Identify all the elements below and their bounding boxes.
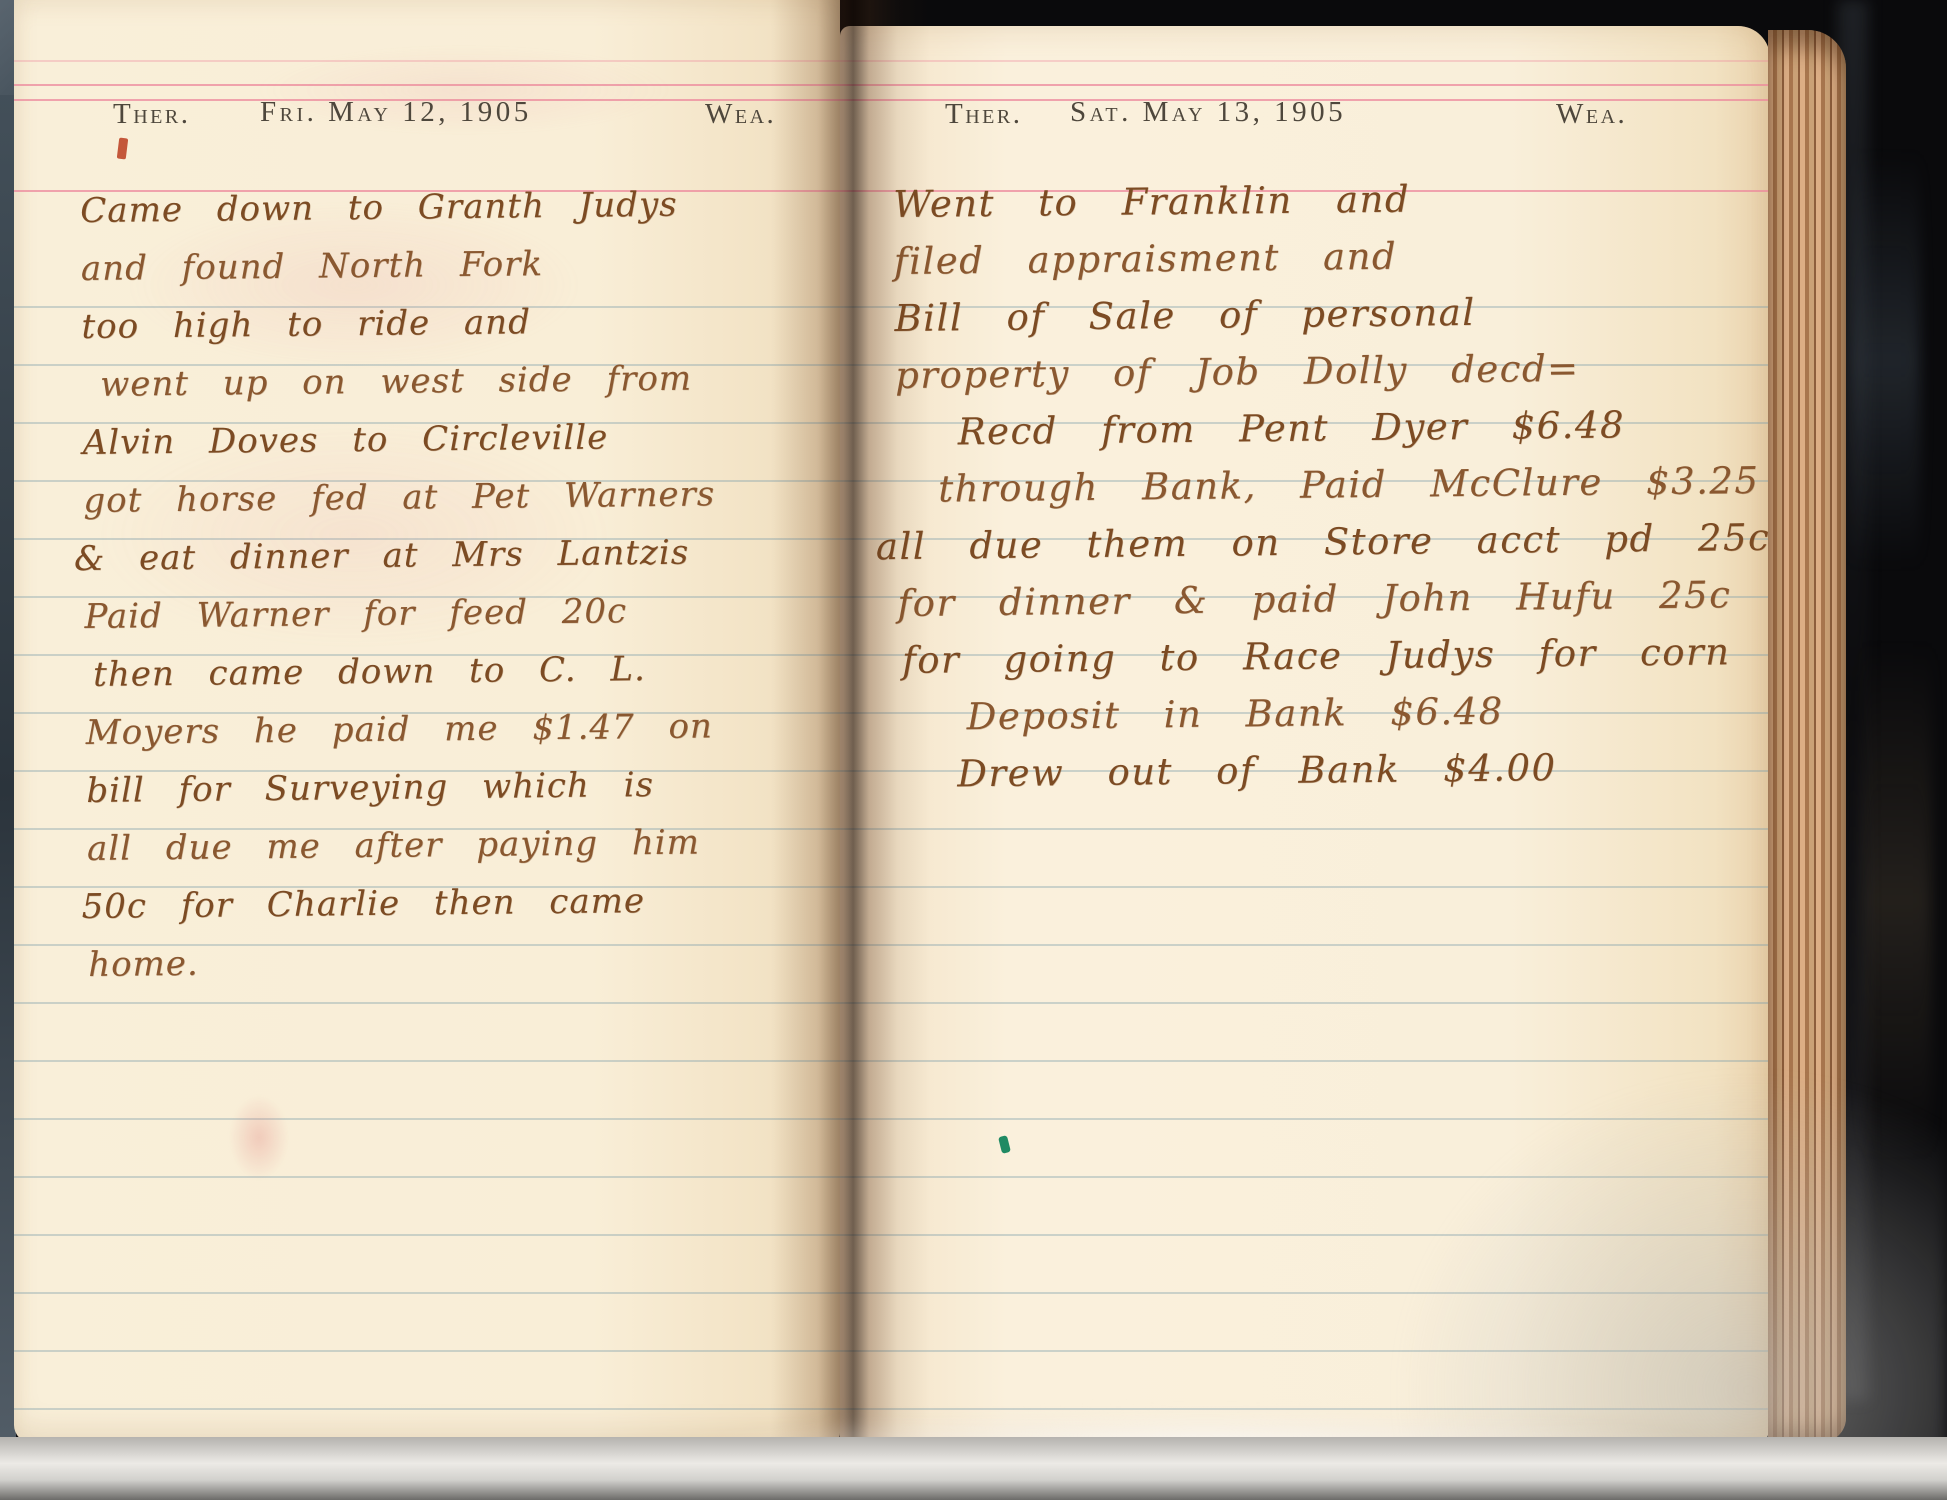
- date-heading: Sat. May 13, 1905: [1070, 96, 1346, 129]
- handwriting-line: & eat dinner at Mrs Lantzis: [74, 522, 855, 588]
- pink-rule: [840, 84, 1770, 86]
- handwriting-line: then came down to C. L.: [93, 638, 856, 704]
- ther-label: Ther.: [113, 98, 190, 131]
- handwriting-line: home.: [88, 928, 859, 994]
- pink-rule: [840, 60, 1770, 62]
- handwriting-line: 50c for Charlie then came: [81, 870, 858, 936]
- handwriting-line: Came down to Granth Judys: [80, 174, 851, 240]
- handwriting-line: Alvin Doves to Circleville: [82, 406, 853, 472]
- handwriting-line: for dinner & paid John Hufu 25c: [897, 566, 1778, 632]
- handwriting-line: too high to ride and: [81, 290, 852, 356]
- handwriting-line: Bill of Sale of personal: [894, 281, 1775, 347]
- diary-scan: Ther. Fri. May 12, 1905 Wea. Came down t…: [0, 0, 1947, 1500]
- wea-label: Wea.: [1556, 98, 1627, 131]
- handwriting-line: bill for Surveying which is: [86, 754, 857, 820]
- red-ink-mark: [117, 138, 128, 160]
- handwriting-line: through Bank, Paid McClure $3.25: [938, 452, 1777, 518]
- handwriting-line: Went to Franklin and: [893, 167, 1774, 233]
- ther-label: Ther.: [945, 98, 1022, 131]
- handwriting-line: and found North Fork: [81, 232, 852, 298]
- handwriting-line: Deposit in Bank $6.48: [966, 680, 1779, 745]
- page-left: Ther. Fri. May 12, 1905 Wea. Came down t…: [14, 0, 840, 1443]
- scanner-bed-band: [0, 1437, 1947, 1500]
- handwriting-line: for going to Race Judys for corn: [902, 623, 1779, 689]
- handwriting-line: Moyers he paid me $1.47 on: [85, 696, 856, 762]
- handwriting-line: Paid Warner for feed 20c: [84, 580, 855, 646]
- handwriting-line: went up on west side from: [100, 348, 853, 414]
- handwriting-line: Recd from Pent Dyer $6.48: [957, 395, 1776, 461]
- handwriting-line: got horse fed at Pet Warners: [83, 464, 854, 530]
- handwriting-line: Drew out of Bank $4.00: [957, 737, 1780, 803]
- handwriting-line: all due me after paying him: [87, 812, 858, 878]
- wea-label: Wea.: [705, 98, 776, 131]
- handwriting-line: filed appraisment and: [894, 224, 1775, 290]
- diary-entry-right: Went to Franklin and filed appraisment a…: [893, 167, 1780, 803]
- date-heading: Fri. May 12, 1905: [260, 96, 532, 129]
- ink-offset-smudge: [229, 1095, 289, 1180]
- handwriting-line: property of Job Dolly decd=: [895, 338, 1776, 404]
- diary-entry-left: Came down to Granth Judys and found Nort…: [80, 174, 858, 994]
- handwriting-line: all due them on Store acct pd 25c: [876, 509, 1778, 575]
